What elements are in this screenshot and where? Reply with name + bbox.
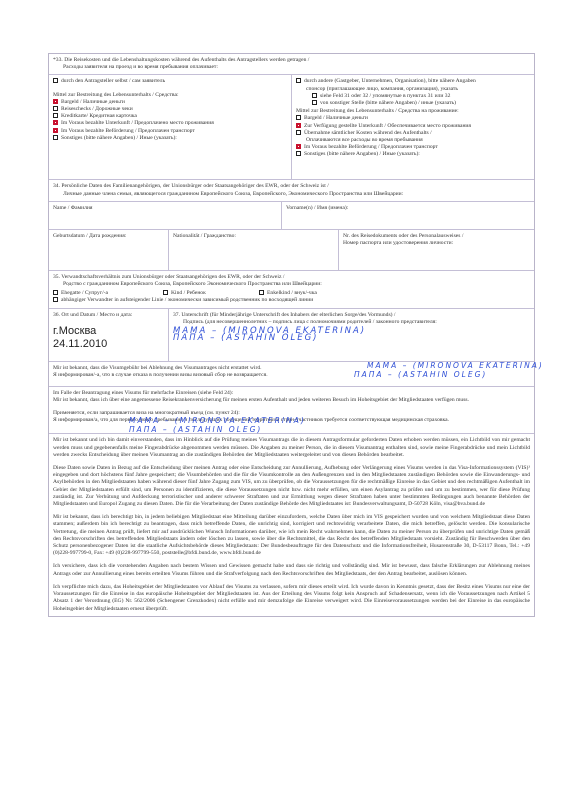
checkbox[interactable] [53, 297, 58, 302]
means-label-right: Mittel zur Bestreitung des Lebensunterha… [296, 108, 530, 115]
means-option[interactable]: von sonstiger Stelle (bitte nähere Angab… [296, 100, 530, 107]
checkbox-checked[interactable] [296, 123, 301, 128]
section-33-title-ru: Расходы заявителя на проезд и во время п… [53, 64, 530, 71]
nationality-field[interactable]: Nationalität / Гражданство: [168, 230, 338, 270]
firstname-field[interactable]: Vorname(n) / Имя (имена): [281, 202, 534, 229]
checkbox[interactable] [296, 115, 301, 120]
checkbox[interactable] [259, 290, 264, 295]
means-list-left: Bargeld / Наличные деньгиReiseschecks / … [53, 99, 287, 142]
section-35-title: 35. Verwandtschaftsverhältnis zum Unions… [53, 274, 530, 281]
fee-signature-mother: МАМА – (MIRONOVA EKATERINA) [367, 362, 544, 369]
section-33-right: durch andere (Gastgeber, Unternehmen, Or… [291, 75, 534, 179]
checkbox[interactable] [53, 78, 58, 83]
legal-declarations: Mir ist bekannt und ich bin damit einver… [49, 434, 534, 615]
bva-email-link[interactable]: visa@bva.bund.de [443, 501, 485, 507]
surname-field[interactable]: Name / Фамилия [49, 202, 281, 229]
checkbox[interactable] [312, 93, 317, 98]
means-option[interactable]: siehe Feld 31 oder 32 / упомянутые в пун… [296, 93, 530, 100]
section-33-header: *33. Die Reisekosten und die Lebenshaltu… [49, 54, 534, 75]
details-row: Geburtsdatum / Дата рождения: Nationalit… [49, 230, 534, 271]
means-list-right: Bargeld / Наличные деньгиZur Verfügung g… [296, 115, 530, 158]
means-option[interactable]: Im Voraus bezahlte Unterkunft / Предопла… [53, 120, 287, 127]
insurance-statement: Im Falle der Beantragung eines Visums fü… [49, 387, 534, 435]
relation-ascendant[interactable]: abhängiger Verwandter in aufsteigender L… [53, 297, 530, 304]
checkbox[interactable] [53, 113, 58, 118]
checkbox-checked[interactable] [53, 120, 58, 125]
section-34-title: 34. Persönliche Daten des Familienangehö… [53, 183, 530, 190]
section-35: 35. Verwandtschaftsverhältnis zum Unions… [49, 271, 534, 309]
checkbox[interactable] [53, 135, 58, 140]
bfdi-email-link[interactable]: poststelle@bfdi.bund.de [162, 550, 217, 556]
means-option[interactable]: Übernahme sämtlicher Kosten während des … [296, 130, 530, 137]
checkbox[interactable] [296, 130, 301, 135]
means-option[interactable]: Im Voraus bezahlte Beförderung / Предопл… [53, 128, 287, 135]
place-value: г.Москва [53, 325, 164, 338]
insurance-signature-father: ПАПА – (ASTAHIN OLEG) [129, 426, 262, 433]
means-option[interactable]: Zur Verfügung gestellte Unterkunft / Обе… [296, 123, 530, 130]
section-34-header: 34. Persönliche Daten des Familienangehö… [49, 180, 534, 201]
bfdi-web-link[interactable]: www.bfdi.bund.de [219, 550, 260, 556]
signature-father: ПАПА – (ASTAHIN OLEG) [173, 335, 530, 342]
dob-field[interactable]: Geburtsdatum / Дата рождения: [49, 230, 168, 270]
checkbox[interactable] [312, 100, 317, 105]
checkbox[interactable] [163, 290, 168, 295]
means-label-left: Mittel zur Bestreitung des Lebensunterha… [53, 92, 287, 99]
section-36-37: 36. Ort und Datum / Место и дата: г.Моск… [49, 309, 534, 362]
checkbox[interactable] [296, 78, 301, 83]
section-33-body: durch den Antragsteller selbst / сам зая… [49, 75, 534, 180]
signature-field[interactable]: 37. Unterschrift (für Minderjährige Unte… [168, 309, 534, 361]
means-option[interactable]: Bargeld / Наличные деньги [53, 99, 287, 106]
place-date-field[interactable]: 36. Ort und Datum / Место и дата: г.Моск… [49, 309, 168, 361]
section-34-title-ru: Личные данные члена семьи, являющегося г… [53, 191, 530, 198]
document-number-field[interactable]: Nr. des Reisedokuments oder des Personal… [338, 230, 534, 270]
section-33-left: durch den Antragsteller selbst / сам зая… [49, 75, 291, 179]
checkbox[interactable] [53, 106, 58, 111]
fee-statement: Mir ist bekannt, dass die Visumgebühr be… [49, 362, 534, 387]
means-option[interactable]: Sonstiges (bitte nähere Angaben) / Иные … [53, 135, 287, 142]
checkbox-checked[interactable] [53, 128, 58, 133]
means-option[interactable]: Sonstiges (bitte nähere Angaben) / Иные … [296, 151, 530, 158]
sponsor-sub-options: siehe Feld 31 oder 32 / упомянутые в пун… [296, 93, 530, 107]
checkbox[interactable] [296, 151, 301, 156]
visa-application-form: *33. Die Reisekosten und die Lebenshaltu… [48, 53, 535, 617]
checkbox-checked[interactable] [296, 144, 301, 149]
name-row: Name / Фамилия Vorname(n) / Имя (имена): [49, 202, 534, 230]
checkbox-checked[interactable] [53, 99, 58, 104]
date-value: 24.11.2010 [53, 338, 164, 351]
payer-other-option[interactable]: durch andere (Gastgeber, Unternehmen, Or… [296, 78, 530, 85]
payer-self-option[interactable]: durch den Antragsteller selbst / сам зая… [53, 78, 287, 85]
means-option[interactable]: Reiseschecks / Дорожные чеки [53, 106, 287, 113]
checkbox[interactable] [53, 290, 58, 295]
section-35-title-ru: Родство с гражданином Европейского Союза… [53, 281, 530, 288]
fee-signature-father: ПАПА – (ASTAHIN OLEG) [354, 371, 487, 378]
payer-other-ru: спонсор (приглашающее лицо, компания, ор… [296, 86, 530, 93]
means-option[interactable]: Bargeld / Наличные деньги [296, 115, 530, 122]
insurance-signature-mother: МАМА – (MIRONOVA EKATERINA) [129, 417, 306, 424]
